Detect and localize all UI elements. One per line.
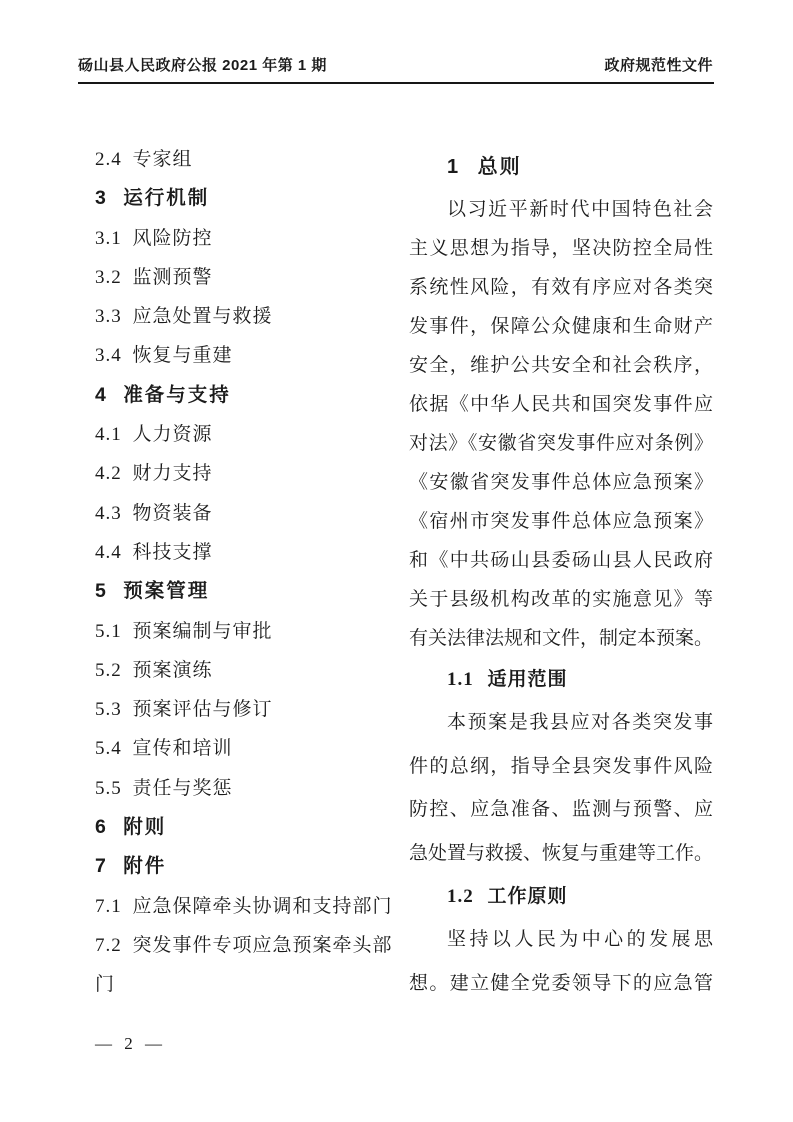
toc-line: 5.3 预案评估与修订 [95,690,391,729]
body-line: 防控、应急准备、监测与预警、应 [409,788,713,832]
toc-line: 3.1 风险防控 [95,219,391,258]
toc-line: 7.1 应急保障牵头协调和支持部门 [95,887,391,926]
toc-line: 5 预案管理 [95,572,391,611]
body-line: 有关法律法规和文件，制定本预案。 [409,619,713,658]
toc-line: 6 附则 [95,808,391,847]
header-section-label: 政府规范性文件 [604,54,713,75]
toc-line: 4.2 财力支持 [95,454,391,493]
body-line: 以习近平新时代中国特色社会 [409,190,713,229]
page-header: 砀山县人民政府公报 2021 年第 1 期 政府规范性文件 [78,54,713,75]
body-line: 1.2 工作原则 [409,875,713,918]
toc-line: 5.5 责任与奖惩 [95,769,391,808]
body-line: 发事件，保障公众健康和生命财产 [409,307,713,346]
body-line: 1.1 适用范围 [409,658,713,701]
body-line: 安全，维护公共安全和社会秩序， [409,346,713,385]
toc-line: 4 准备与支持 [95,376,391,415]
body-line: 想。建立健全党委领导下的应急管 [409,962,713,1006]
body-line: 急处置与救援、恢复与重建等工作。 [409,832,713,876]
body-column: 1 总则以习近平新时代中国特色社会主义思想为指导，坚决防控全局性系统性风险，有效… [409,145,713,1005]
toc-line: 门 [95,965,391,1004]
body-line: 系统性风险，有效有序应对各类突 [409,268,713,307]
body-line: 对法》《安徽省突发事件应对条例》 [409,424,713,463]
body-line: 《宿州市突发事件总体应急预案》 [409,502,713,541]
body-line: 坚持以人民为中心的发展思 [409,918,713,962]
body-line: 《安徽省突发事件总体应急预案》 [409,463,713,502]
toc-line: 7 附件 [95,847,391,886]
toc-line: 3.2 监测预警 [95,258,391,297]
header-gazette-title: 砀山县人民政府公报 2021 年第 1 期 [78,54,327,75]
toc-column: 2.4 专家组3 运行机制3.1 风险防控3.2 监测预警3.3 应急处置与救援… [95,140,391,1005]
body-line: 本预案是我县应对各类突发事 [409,701,713,745]
toc-line: 4.1 人力资源 [95,415,391,454]
toc-line: 5.2 预案演练 [95,651,391,690]
toc-line: 3.3 应急处置与救援 [95,297,391,336]
body-line: 依据《中华人民共和国突发事件应 [409,385,713,424]
toc-line: 3.4 恢复与重建 [95,336,391,375]
body-line: 1 总则 [409,145,713,190]
page-number: — 2 — [95,1034,164,1054]
body-line: 和《中共砀山县委砀山县人民政府 [409,541,713,580]
body-line: 关于县级机构改革的实施意见》等 [409,580,713,619]
toc-line: 4.3 物资装备 [95,494,391,533]
toc-line: 5.4 宣传和培训 [95,729,391,768]
toc-line: 2.4 专家组 [95,140,391,179]
body-line: 件的总纲，指导全县突发事件风险 [409,745,713,789]
gazette-page: 砀山县人民政府公报 2021 年第 1 期 政府规范性文件 2.4 专家组3 运… [0,0,793,1122]
toc-line: 5.1 预案编制与审批 [95,612,391,651]
body-line: 主义思想为指导，坚决防控全局性 [409,229,713,268]
header-rule [78,82,714,84]
toc-line: 3 运行机制 [95,179,391,218]
toc-line: 7.2 突发事件专项应急预案牵头部 [95,926,391,965]
toc-line: 4.4 科技支撑 [95,533,391,572]
